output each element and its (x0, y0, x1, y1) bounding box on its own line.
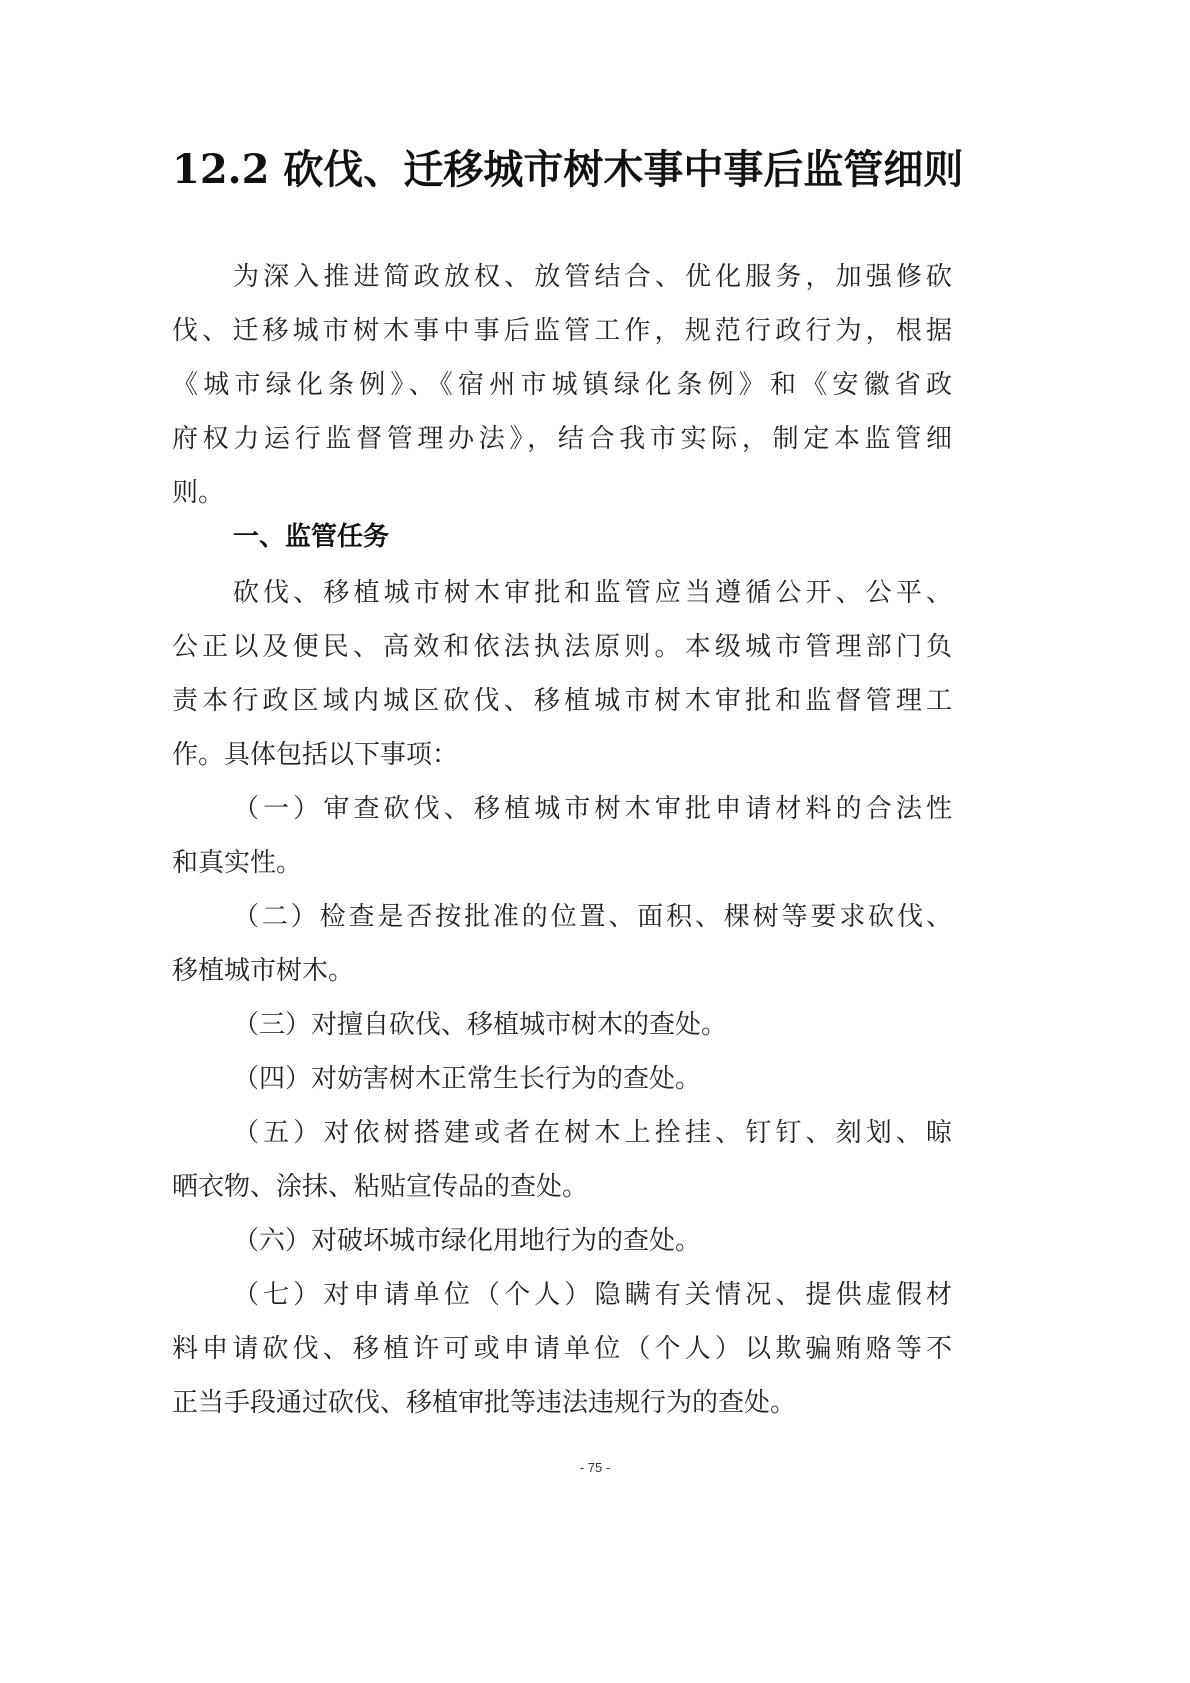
section-heading: 一、监管任务 (233, 516, 389, 553)
intro-line: 则。 (172, 472, 952, 509)
intro-line: 《城市绿化条例》、《宿州市城镇绿化条例》和《安徽省政 (172, 364, 952, 401)
list-item-7: （七）对申请单位（个人）隐瞒有关情况、提供虚假材 (233, 1274, 952, 1311)
list-item-5-cont: 晒衣物、涂抹、粘贴宣传品的查处。 (172, 1166, 952, 1203)
list-item-2: （二）检查是否按批准的位置、面积、棵树等要求砍伐、 (233, 896, 952, 933)
intro-line: 伐、迁移城市树木事中事后监管工作，规范行政行为，根据 (172, 310, 952, 347)
intro-line: 府权力运行监督管理办法》，结合我市实际，制定本监管细 (172, 418, 952, 455)
intro-line: 为深入推进简政放权、放管结合、优化服务，加强修砍 (233, 256, 952, 293)
list-item-4: （四）对妨害树木正常生长行为的查处。 (233, 1058, 952, 1095)
list-item-1-cont: 和真实性。 (172, 842, 952, 879)
section-line: 作。具体包括以下事项： (172, 734, 952, 771)
list-item-6: （六）对破坏城市绿化用地行为的查处。 (233, 1220, 952, 1257)
list-item-2-cont: 移植城市树木。 (172, 950, 952, 987)
page-number: - 75 - (0, 1460, 1190, 1475)
list-item-7-cont: 料申请砍伐、移植许可或申请单位（个人）以欺骗贿赂等不 (172, 1328, 952, 1365)
page-title: 12.2 砍伐、迁移城市树木事中事后监管细则 (172, 138, 963, 195)
list-item-7-cont2: 正当手段通过砍伐、移植审批等违法违规行为的查处。 (172, 1382, 952, 1419)
section-line: 公正以及便民、高效和依法执法原则。本级城市管理部门负 (172, 626, 952, 663)
list-item-1: （一）审查砍伐、移植城市树木审批申请材料的合法性 (233, 788, 952, 825)
section-line: 砍伐、移植城市树木审批和监管应当遵循公开、公平、 (233, 572, 952, 609)
list-item-5: （五）对依树搭建或者在树木上拴挂、钉钉、刻划、晾 (233, 1112, 952, 1149)
section-line: 责本行政区域内城区砍伐、移植城市树木审批和监督管理工 (172, 680, 952, 717)
list-item-3: （三）对擅自砍伐、移植城市树木的查处。 (233, 1004, 952, 1041)
